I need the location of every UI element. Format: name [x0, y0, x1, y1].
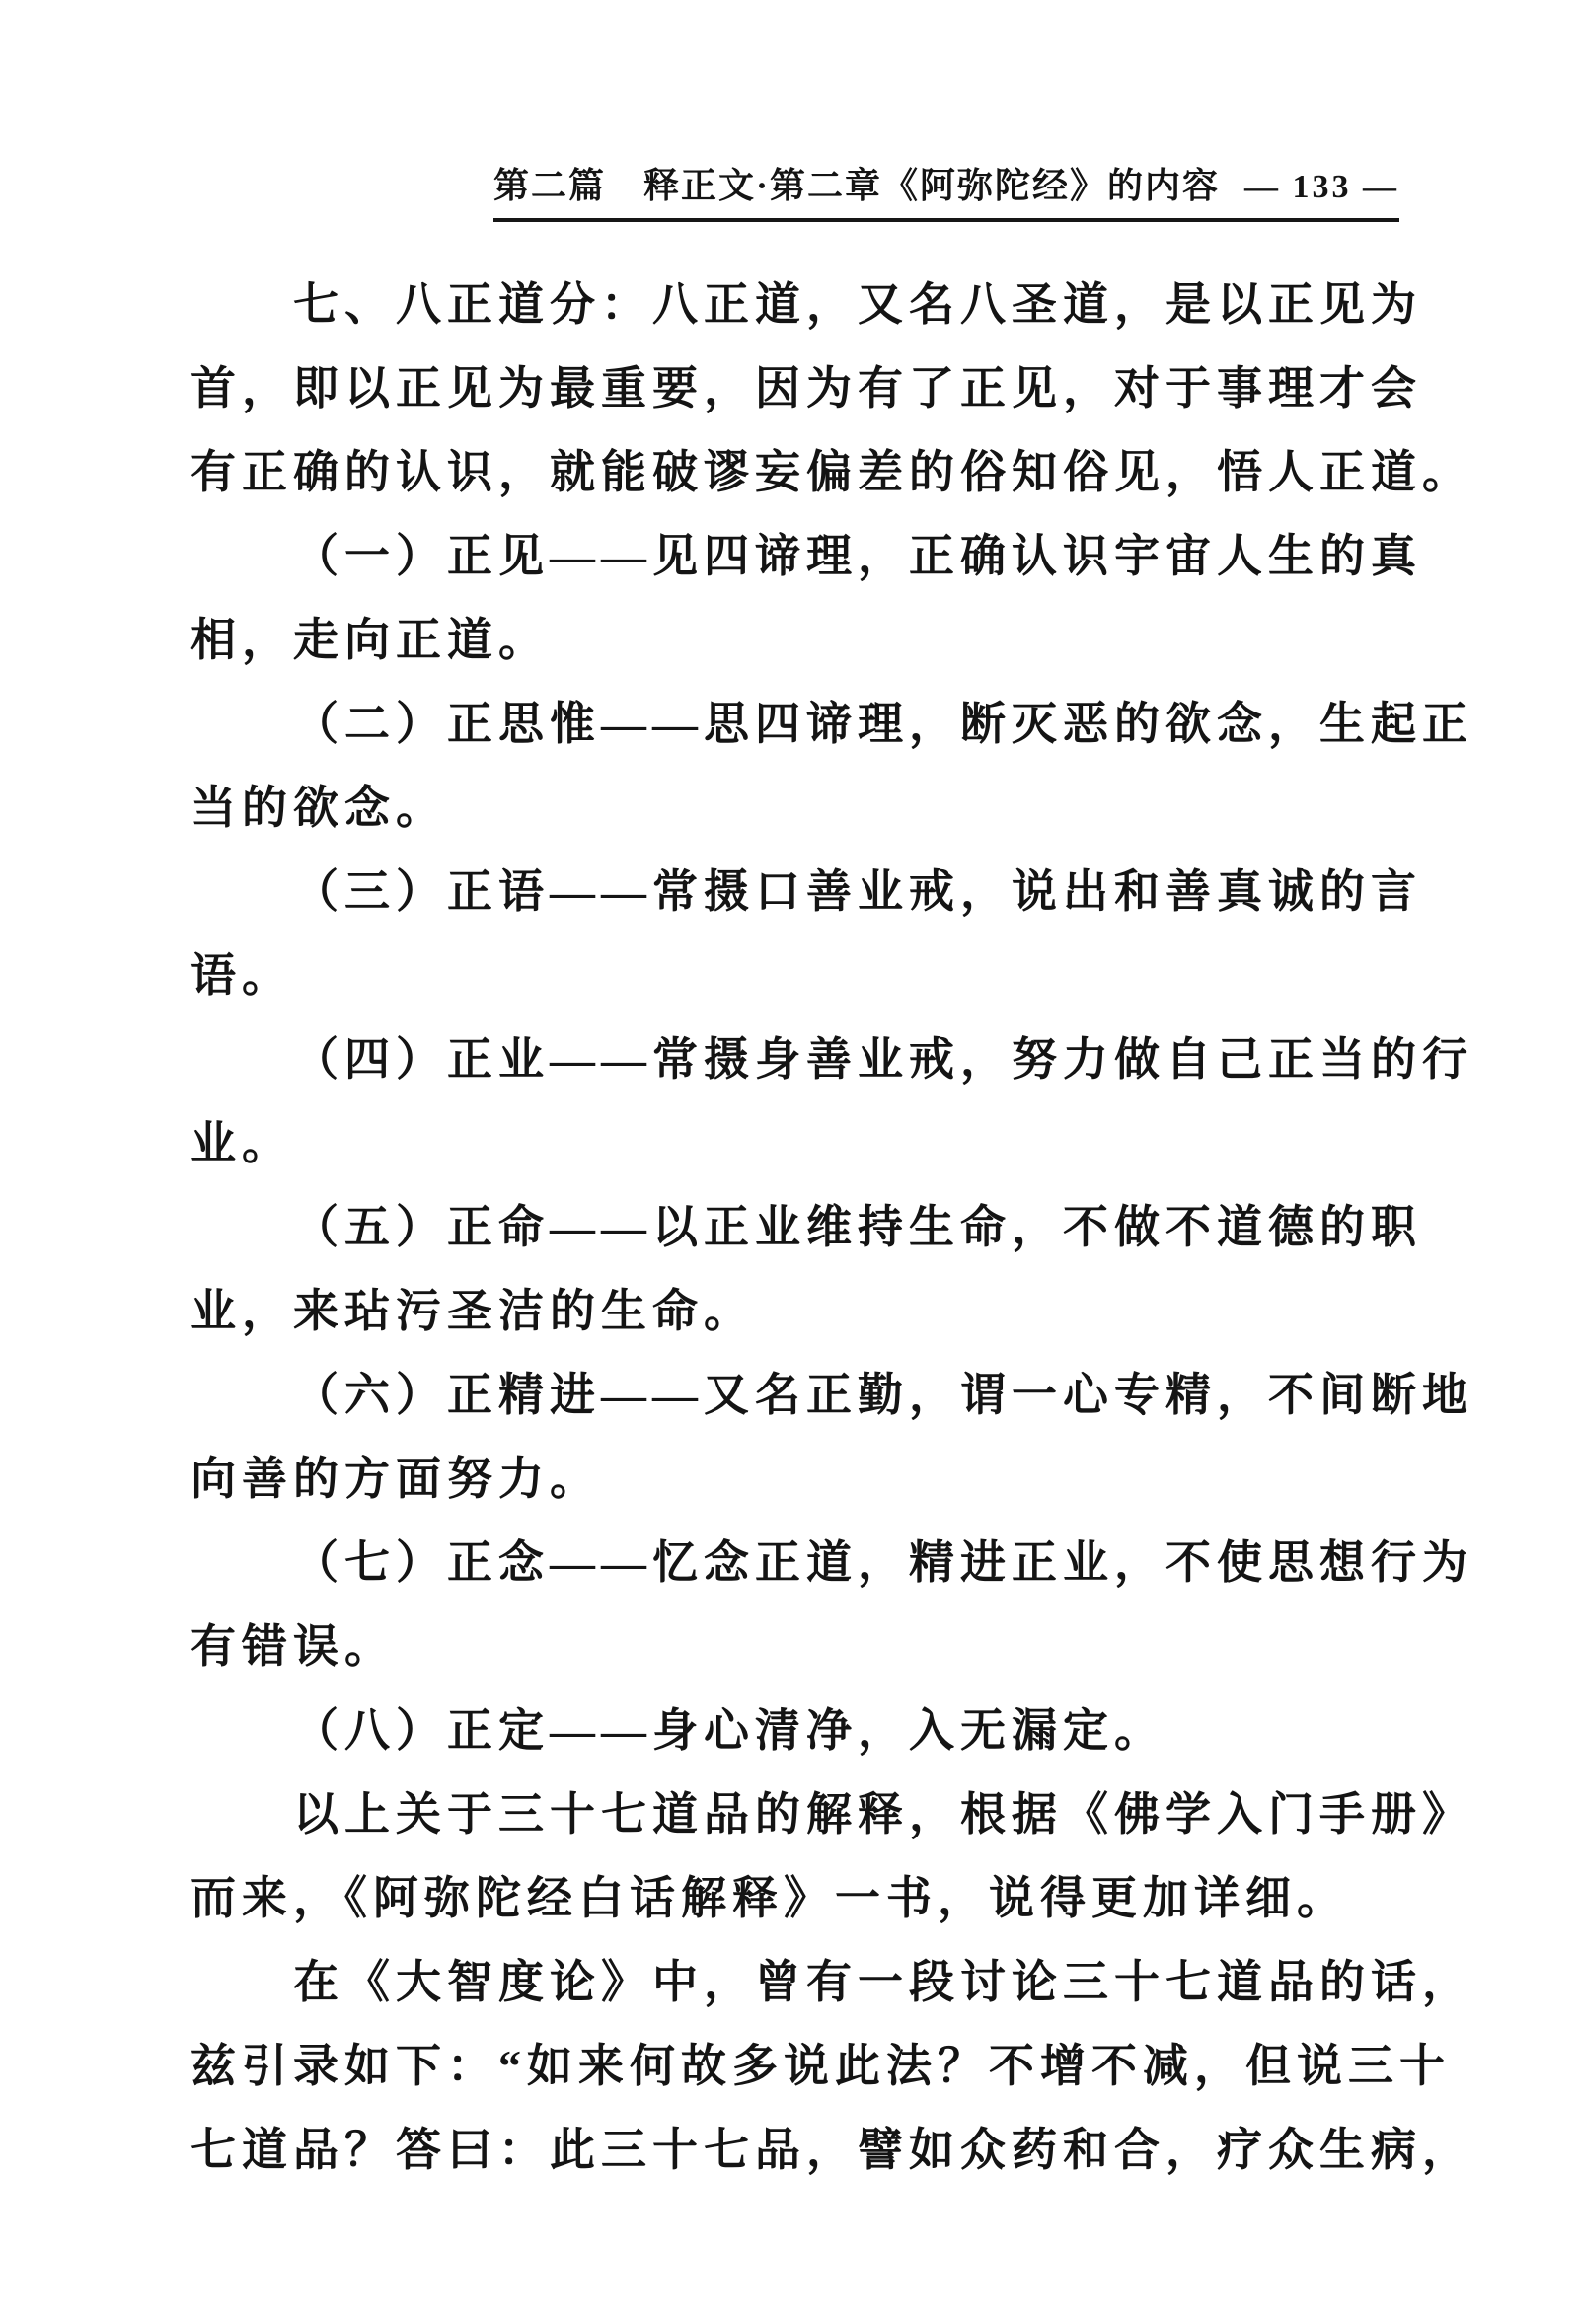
- text-line: 语。: [190, 934, 1424, 1017]
- text-line: （三）正语——常摄口善业戒，说出和善真诚的言: [190, 850, 1424, 934]
- text-line: 向善的方面努力。: [190, 1437, 1424, 1521]
- text-line: 兹引录如下：“如来何故多说此法？不增不减，但说三十: [190, 2024, 1424, 2108]
- running-head-title: 第二篇 释正文·第二章《阿弥陀经》的内容: [493, 158, 1220, 208]
- text-line: （一）正见——见四谛理，正确认识宇宙人生的真: [190, 514, 1424, 598]
- text-line: 首，即以正见为最重要，因为有了正见，对于事理才会: [190, 346, 1424, 430]
- text-line: 当的欲念。: [190, 766, 1424, 850]
- text-line: （六）正精进——又名正勤，谓一心专精，不间断地: [190, 1353, 1424, 1437]
- text-line: 在《大智度论》中，曾有一段讨论三十七道品的话，: [190, 1940, 1424, 2024]
- text-line: 而来，《阿弥陀经白话解释》一书，说得更加详细。: [190, 1856, 1424, 1940]
- text-line: （七）正念——忆念正道，精进正业，不使思想行为: [190, 1521, 1424, 1605]
- page-number: — 133 —: [1244, 169, 1399, 206]
- text-line: 有正确的认识，就能破谬妄偏差的俗知俗见，悟人正道。: [190, 430, 1424, 514]
- text-line: （二）正思惟——思四谛理，断灭恶的欲念，生起正: [190, 682, 1424, 766]
- text-line: 业，来玷污圣洁的生命。: [190, 1269, 1424, 1353]
- text-line: （四）正业——常摄身善业戒，努力做自己正当的行: [190, 1017, 1424, 1101]
- text-line: 七道品？答曰：此三十七品，譬如众药和合，疗众生病，: [190, 2108, 1424, 2192]
- book-page: 第二篇 释正文·第二章《阿弥陀经》的内容 — 133 — 七、八正道分：八正道，…: [0, 0, 1579, 2324]
- page-header: 第二篇 释正文·第二章《阿弥陀经》的内容 — 133 —: [493, 158, 1399, 222]
- text-line: 相，走向正道。: [190, 598, 1424, 682]
- text-line: （五）正命——以正业维持生命，不做不道德的职: [190, 1185, 1424, 1269]
- text-line: 七、八正道分：八正道，又名八圣道，是以正见为: [190, 262, 1424, 346]
- text-line: 以上关于三十七道品的解释，根据《佛学入门手册》: [190, 1772, 1424, 1856]
- body-text: 七、八正道分：八正道，又名八圣道，是以正见为首，即以正见为最重要，因为有了正见，…: [190, 262, 1424, 2192]
- text-line: 有错误。: [190, 1605, 1424, 1688]
- text-line: 业。: [190, 1101, 1424, 1185]
- text-line: （八）正定——身心清净，入无漏定。: [190, 1688, 1424, 1772]
